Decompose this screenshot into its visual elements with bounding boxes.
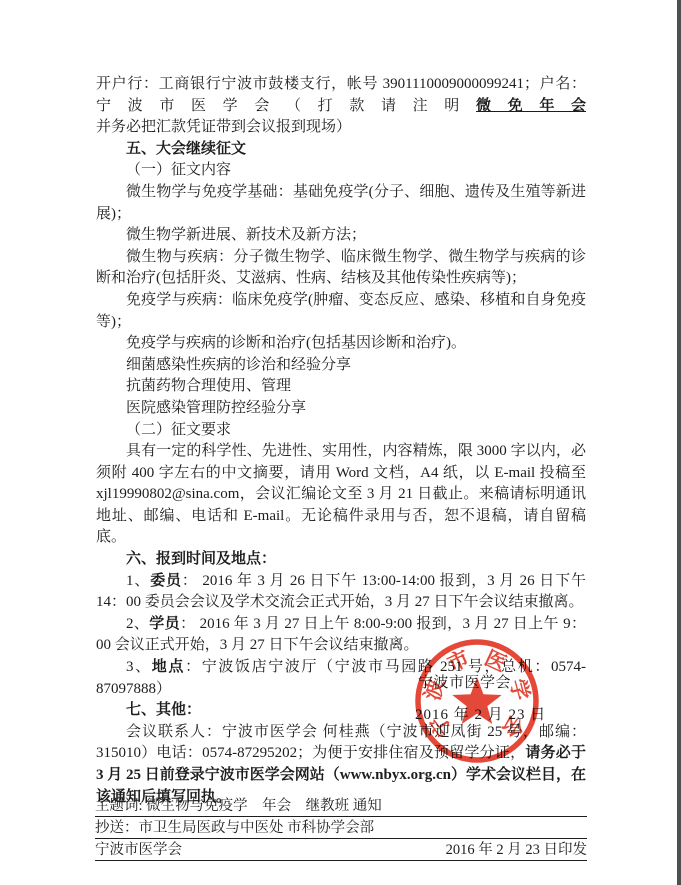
document-page: 开户行：工商银行宁波市鼓楼支行，帐号 3901110009000099241；户… <box>0 0 681 885</box>
seal-char: 学 <box>505 676 534 702</box>
text-segment: 微生物学新进展、新技术及新方法； <box>126 227 366 243</box>
text-segment: 免疫学与疾病的诊断和治疗(包括基因诊断和治疗)。 <box>126 335 466 351</box>
paragraph: 微生物学新进展、新技术及新方法； <box>96 225 586 247</box>
text-segment: 免疫学与疾病：临床免疫学(肿瘤、变态反应、感染、移植和自身免疫等)； <box>96 292 586 330</box>
text-segment: 微生物与疾病：分子微生物学、临床微生物学、微生物学与疾病的诊断和治疗(包括肝炎、… <box>96 249 586 287</box>
footer-issuer-row: 宁波市医学会 2016 年 2 月 23 日印发 <box>95 839 587 861</box>
page-edge-shadow <box>677 0 681 885</box>
text-segment: 细菌感染性疾病的诊治和经验分享 <box>126 357 351 373</box>
footer-print-date: 2016 年 2 月 23 日印发 <box>446 842 587 858</box>
document-footer: 主题词: 微生物与免疫学 年会 继教班 通知 抄送：市卫生局医政与中医处 市科协… <box>95 795 587 861</box>
text-segment: 五、大会继续征文 <box>126 141 246 157</box>
text-segment: 委员 <box>150 573 182 589</box>
text-segment: 学员 <box>149 616 180 632</box>
text-segment: 并务必把汇款凭证带到会议报到现场） <box>96 119 351 135</box>
footer-issuer-text: 宁波市医学会 <box>95 842 182 858</box>
text-segment: 地点 <box>152 659 185 675</box>
paragraph: 具有一定的科学性、先进性、实用性，内容精炼，限 3000 字以内，必须附 400… <box>96 441 586 549</box>
paragraph: 1、委员： 2016 年 3 月 26 日下午 13:00-14:00 报到，3… <box>96 571 586 614</box>
official-seal-stamp: 宁 波 市 医 学 会 <box>412 636 542 766</box>
text-segment: （一）征文内容 <box>126 162 231 178</box>
paragraph: （二）征文要求 <box>96 420 586 442</box>
text-segment: 抗菌药物合理使用、管理 <box>126 378 291 394</box>
footer-subject-row: 主题词: 微生物与免疫学 年会 继教班 通知 <box>95 795 587 817</box>
text-segment: 医院感染管理防控经验分享 <box>126 400 306 416</box>
paragraph: （一）征文内容 <box>96 160 586 182</box>
seal-char: 波 <box>420 676 449 702</box>
paragraph: 免疫学与疾病：临床免疫学(肿瘤、变态反应、感染、移植和自身免疫等)； <box>96 290 586 333</box>
text-segment: 具有一定的科学性、先进性、实用性，内容精炼，限 3000 字以内，必须附 400… <box>96 443 586 545</box>
seal-star-icon <box>452 677 501 724</box>
text-segment: 2、 <box>126 616 149 632</box>
footer-cc-text: 抄送：市卫生局医政与中医处 市科协学会部 <box>95 820 374 836</box>
paragraph: 五、大会继续征文 <box>96 139 586 161</box>
paragraph: 微生物学与免疫学基础：基础免疫学(分子、细胞、遗传及生殖等新进展)； <box>96 182 586 225</box>
footer-subject-text: 主题词: 微生物与免疫学 年会 继教班 通知 <box>95 798 382 814</box>
paragraph: 六、报到时间及地点： <box>96 549 586 571</box>
paragraph: 抗菌药物合理使用、管理 <box>96 376 586 398</box>
text-segment: 1、 <box>126 573 150 589</box>
text-segment: 六、报到时间及地点： <box>126 551 276 567</box>
text-segment: 3、 <box>126 659 152 675</box>
text-segment: 微免年会 <box>476 98 586 114</box>
paragraph: 医院感染管理防控经验分享 <box>96 398 586 420</box>
footer-cc-row: 抄送：市卫生局医政与中医处 市科协学会部 <box>95 817 587 839</box>
paragraph: 微生物与疾病：分子微生物学、临床微生物学、微生物学与疾病的诊断和治疗(包括肝炎、… <box>96 247 586 290</box>
text-segment: 微生物学与免疫学基础：基础免疫学(分子、细胞、遗传及生殖等新进展)； <box>96 184 586 222</box>
paragraph: 细菌感染性疾病的诊治和经验分享 <box>96 355 586 377</box>
paragraph: 开户行：工商银行宁波市鼓楼支行，帐号 3901110009000099241；户… <box>96 74 586 139</box>
paragraph: 免疫学与疾病的诊断和治疗(包括基因诊断和治疗)。 <box>96 333 586 355</box>
text-segment: 七、其他： <box>126 702 201 718</box>
text-segment: （二）征文要求 <box>126 422 231 438</box>
